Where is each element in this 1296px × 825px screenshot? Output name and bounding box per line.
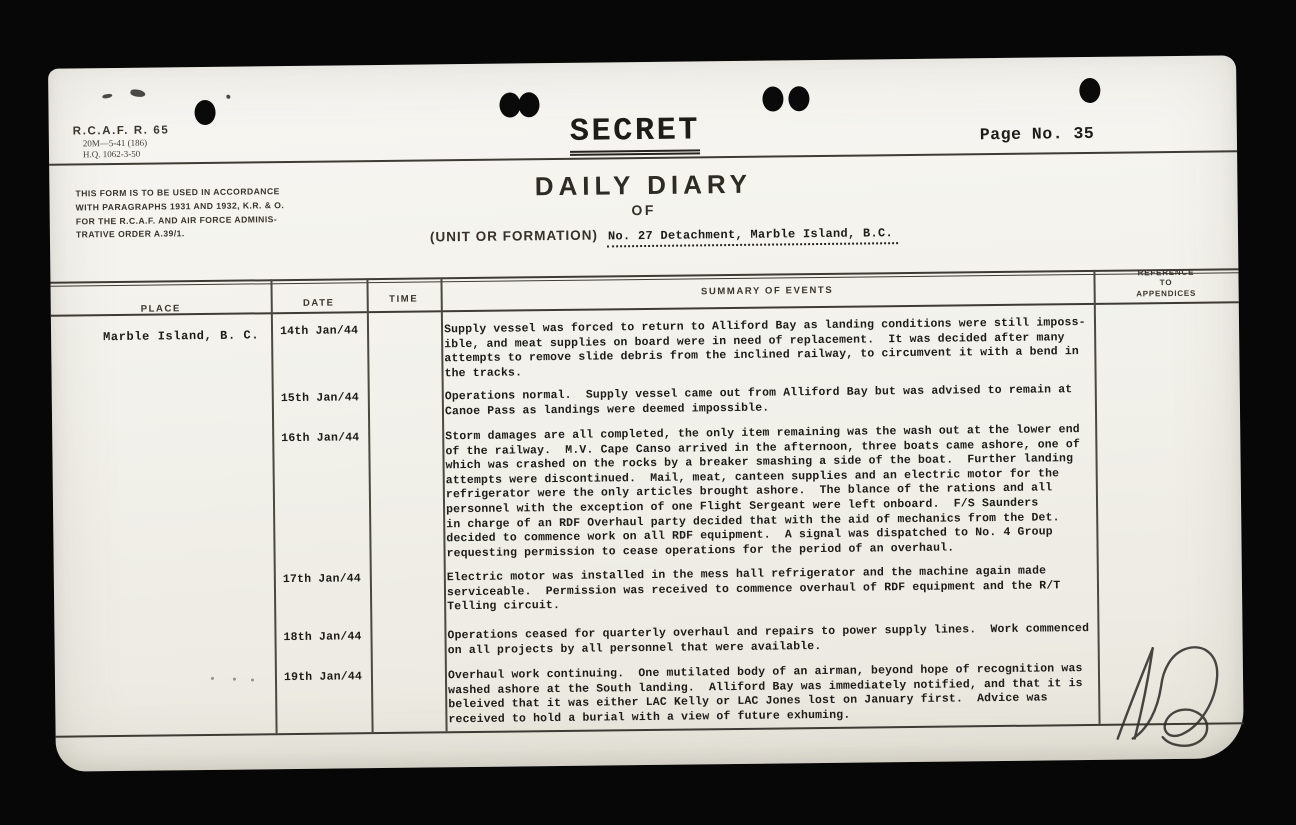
punch-hole — [1079, 78, 1100, 103]
entry-date: 16th Jan/44 — [281, 431, 391, 445]
entry-date: 15th Jan/44 — [281, 391, 391, 405]
entry-summary: Operations normal. Supply vessel came ou… — [445, 383, 1093, 420]
form-number: R.C.A.F. R. 65 — [73, 124, 223, 138]
unit-label: (UNIT OR FORMATION) — [430, 228, 598, 245]
pencil-mark — [226, 95, 230, 99]
punch-hole — [194, 100, 215, 125]
form-print-run: 20M—5-41 (186) — [83, 137, 223, 149]
diary-entry: 17th Jan/44 Electric motor was installed… — [54, 562, 1242, 575]
pencil-dot — [211, 677, 214, 680]
column-header-time: TIME — [367, 293, 441, 305]
pencil-mark — [102, 93, 113, 99]
diary-entry: 15th Jan/44 Operations normal. Supply ve… — [52, 381, 1240, 394]
handwritten-mark — [1101, 633, 1252, 767]
column-header-reference: REFERENCE TO APPENDICES — [1093, 267, 1238, 300]
entry-date: 17th Jan/44 — [283, 572, 393, 586]
pencil-dot — [233, 678, 236, 681]
entry-date: 14th Jan/44 — [280, 324, 390, 338]
punch-hole — [499, 92, 520, 117]
form-id-block: R.C.A.F. R. 65 20M—5-41 (186) H.Q. 1062-… — [73, 124, 223, 160]
diary-entry: 14th Jan/44 Supply vessel was forced to … — [51, 314, 1239, 327]
entry-summary: Overhaul work continuing. One mutilated … — [448, 662, 1097, 728]
unit-line: (UNIT OR FORMATION) No. 27 Detachment, M… — [430, 224, 898, 249]
entry-date: 18th Jan/44 — [283, 630, 393, 644]
entry-date: 19th Jan/44 — [284, 670, 394, 684]
page-number: Page No. 35 — [980, 124, 1095, 144]
column-divider — [366, 278, 373, 732]
entry-summary: Supply vessel was forced to return to Al… — [444, 316, 1093, 382]
entry-summary: Electric motor was installed in the mess… — [447, 564, 1095, 615]
entry-summary: Operations ceased for quarterly overhaul… — [447, 622, 1095, 659]
column-divider — [270, 279, 277, 733]
column-divider — [1093, 270, 1100, 724]
pencil-mark — [130, 89, 146, 98]
scanned-document-page: R.C.A.F. R. 65 20M—5-41 (186) H.Q. 1062-… — [48, 55, 1244, 771]
classification-stamp: SECRET — [570, 111, 701, 155]
form-hq-ref: H.Q. 1062-3-50 — [83, 148, 223, 160]
diary-entry: 16th Jan/44 Storm damages are all comple… — [52, 421, 1240, 434]
entry-summary: Storm damages are all completed, the onl… — [445, 423, 1094, 562]
punch-hole — [762, 86, 783, 111]
column-header-date: DATE — [271, 297, 367, 309]
pencil-dot — [251, 678, 254, 681]
diary-entry: 18th Jan/44 Operations ceased for quarte… — [54, 620, 1242, 633]
punch-hole — [518, 92, 539, 117]
column-header-summary: SUMMARY OF EVENTS — [441, 282, 1094, 300]
place-value: Marble Island, B. C. — [103, 328, 259, 344]
diary-entry: 19th Jan/44 Overhaul work continuing. On… — [55, 660, 1243, 673]
unit-value: No. 27 Detachment, Marble Island, B.C. — [607, 226, 898, 247]
punch-hole — [788, 86, 809, 111]
